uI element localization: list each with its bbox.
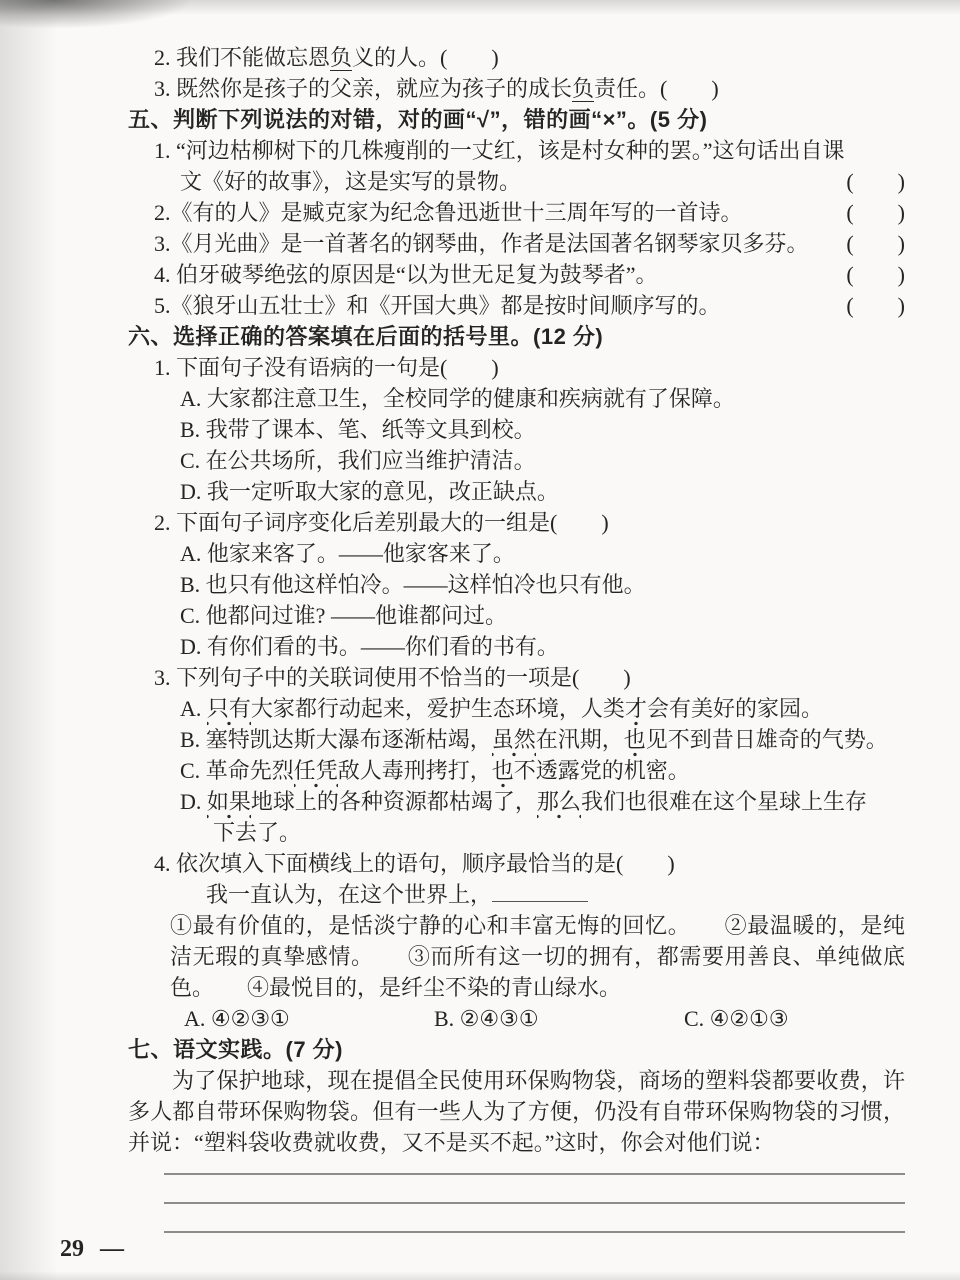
q3-option-c: C. 革命先烈任凭敌人毒刑拷打，也不透露党的机密。 — [180, 755, 905, 786]
q3-stem: 3. 下列句子中的关联词使用不恰当的一项是( ) — [154, 662, 905, 693]
q4-sentences: ①最有价值的，是恬淡宁静的心和丰富无悔的回忆。 ②最温暖的，是纯洁无瑕的真挚感情… — [170, 910, 905, 1003]
emphasized-word: 虽然 — [492, 727, 536, 757]
option-label: B. — [180, 727, 206, 752]
emphasized-word: 也 — [492, 758, 514, 788]
q3-option-d-continuation: 下去了。 — [213, 817, 905, 848]
emphasized-word: 也 — [624, 727, 646, 757]
emphasized-word: 只有 — [207, 696, 251, 726]
exam-page: 2. 我们不能做忘恩负义的人。( ) 3. 既然你是孩子的父亲，就应为孩子的成长… — [0, 0, 960, 1280]
item-text: 2.《有的人》是臧克家为纪念鲁迅逝世十三周年写的一首诗。 — [154, 197, 743, 228]
option-text: 见不到昔日雄奇的气势。 — [646, 727, 888, 752]
tf-item-1-line1: 1. “河边枯柳树下的几株瘦削的一丈红，该是村女种的罢。”这句话出自课 — [154, 135, 905, 166]
option-text: 敌人毒刑拷打， — [338, 758, 492, 783]
choice-a: A. ④②③① — [184, 1003, 434, 1034]
q2-option-c: C. 他都问过谁? ——他谁都问过。 — [180, 600, 905, 631]
answer-bracket: ( ) — [846, 290, 905, 321]
item-text: 既然你是孩子的父亲，就应为孩子的成长 — [176, 76, 572, 101]
tf-item-3: 3.《月光曲》是一首著名的钢琴曲，作者是法国著名钢琴家贝多芬。( ) — [154, 228, 905, 259]
option-label: C. — [180, 758, 206, 783]
option-text: 不透露党的机密。 — [514, 758, 690, 783]
item-text: 我们不能做忘恩 — [176, 45, 330, 70]
judge-item-3: 3. 既然你是孩子的父亲，就应为孩子的成长负责任。( ) — [154, 73, 905, 104]
q1-option-b: B. 我带了课本、笔、纸等文具到校。 — [180, 414, 905, 445]
section-7-paragraph: 为了保护地球，现在提倡全民使用环保购物袋，商场的塑料袋都要收费，许多人都自带环保… — [128, 1065, 905, 1158]
option-text: 大家都行动起来，爱护生态环境，人类 — [251, 696, 625, 721]
answer-bracket: ( ) — [846, 228, 905, 259]
q3-option-b: B. 塞特凯达斯大瀑布逐渐枯竭，虽然在汛期，也见不到昔日雄奇的气势。 — [180, 724, 905, 755]
answer-bracket: ( ) — [660, 76, 719, 101]
item-text: 5.《狼牙山五壮士》和《开国大典》都是按时间顺序写的。 — [154, 290, 721, 321]
item-number: 3. — [154, 76, 176, 101]
fill-in-blank-line — [492, 888, 588, 902]
q1-stem: 1. 下面句子没有语病的一句是( ) — [154, 352, 905, 383]
emphasized-word: 如果 — [207, 789, 251, 819]
tf-item-4: 4. 伯牙破琴绝弦的原因是“以为世无足复为鼓琴者”。( ) — [154, 259, 905, 290]
section-7-heading: 七、语文实践。(7 分) — [128, 1034, 905, 1065]
option-text: 我们也很难在这个星球上生存 — [581, 789, 867, 814]
section-6-heading: 六、选择正确的答案填在后面的括号里。(12 分) — [128, 321, 905, 352]
option-text: 在汛期， — [536, 727, 624, 752]
q3-option-d: D. 如果地球上的各种资源都枯竭了，那么我们也很难在这个星球上生存 — [180, 786, 905, 817]
q2-option-d: D. 有你们看的书。——你们看的书有。 — [180, 631, 905, 662]
q4-choices: A. ④②③①B. ②④③①C. ④②①③ — [184, 1003, 905, 1034]
option-label: A. — [180, 696, 207, 721]
item-text: 责任。 — [594, 76, 660, 101]
exam-content: 2. 我们不能做忘恩负义的人。( ) 3. 既然你是孩子的父亲，就应为孩子的成长… — [128, 42, 905, 1158]
q2-option-a: A. 他家来客了。——他家客来了。 — [180, 538, 905, 569]
answer-bracket: ( ) — [846, 197, 905, 228]
underlined-char: 负 — [572, 76, 594, 102]
choice-b: B. ②④③① — [434, 1003, 684, 1034]
q1-option-d: D. 我一定听取大家的意见，改正缺点。 — [180, 476, 905, 507]
judge-item-2: 2. 我们不能做忘恩负义的人。( ) — [154, 42, 905, 73]
option-label: D. — [180, 789, 207, 814]
item-text: 4. 伯牙破琴绝弦的原因是“以为世无足复为鼓琴者”。 — [154, 259, 658, 290]
emphasized-word: 任凭 — [294, 758, 338, 788]
lead-text: 我一直认为，在这个世界上， — [206, 882, 492, 907]
footer-dash: — — [100, 1236, 124, 1263]
section-5-heading: 五、判断下列说法的对错，对的画“√”，错的画“×”。(5 分) — [128, 104, 905, 135]
item-text: 文《好的故事》，这是实写的景物。 — [180, 166, 521, 197]
q2-stem: 2. 下面句子词序变化后差别最大的一组是( ) — [154, 507, 905, 538]
q4-stem: 4. 依次填入下面横线上的语句，顺序最恰当的是( ) — [154, 848, 905, 879]
choice-c: C. ④②①③ — [684, 1003, 789, 1034]
answer-line — [164, 1175, 905, 1204]
q4-lead-in: 我一直认为，在这个世界上， — [206, 879, 905, 910]
answer-bracket: ( ) — [846, 259, 905, 290]
item-text: 3.《月光曲》是一首著名的钢琴曲，作者是法国著名钢琴家贝多芬。 — [154, 228, 809, 259]
tf-item-1-line2: 文《好的故事》，这是实写的景物。( ) — [180, 166, 905, 197]
tf-item-2: 2.《有的人》是臧克家为纪念鲁迅逝世十三周年写的一首诗。( ) — [154, 197, 905, 228]
option-text: 塞特凯达斯大瀑布逐渐枯竭， — [206, 727, 492, 752]
q1-option-a: A. 大家都注意卫生，全校同学的健康和疾病就有了保障。 — [180, 383, 905, 414]
option-text: 地球上的各种资源都枯竭了， — [251, 789, 537, 814]
q1-option-c: C. 在公共场所，我们应当维护清洁。 — [180, 445, 905, 476]
emphasized-word: 那么 — [537, 789, 581, 819]
q3-option-a: A. 只有大家都行动起来，爱护生态环境，人类才会有美好的家园。 — [180, 693, 905, 724]
answer-line — [164, 1146, 905, 1175]
q2-option-b: B. 也只有他这样怕冷。——这样怕冷也只有他。 — [180, 569, 905, 600]
page-number: 29 — [60, 1236, 84, 1263]
tf-item-5: 5.《狼牙山五壮士》和《开国大典》都是按时间顺序写的。( ) — [154, 290, 905, 321]
item-text: 义的人。 — [352, 45, 440, 70]
option-text: 会有美好的家园。 — [647, 696, 823, 721]
item-number: 2. — [154, 45, 176, 70]
answer-line — [164, 1204, 905, 1233]
emphasized-word: 才 — [625, 696, 647, 726]
page-footer: 29 — — [60, 1236, 124, 1263]
answer-bracket: ( ) — [440, 45, 499, 70]
answer-area — [128, 1146, 905, 1233]
answer-bracket: ( ) — [846, 166, 905, 197]
underlined-char: 负 — [330, 45, 352, 71]
option-text: 革命先烈 — [206, 758, 294, 783]
